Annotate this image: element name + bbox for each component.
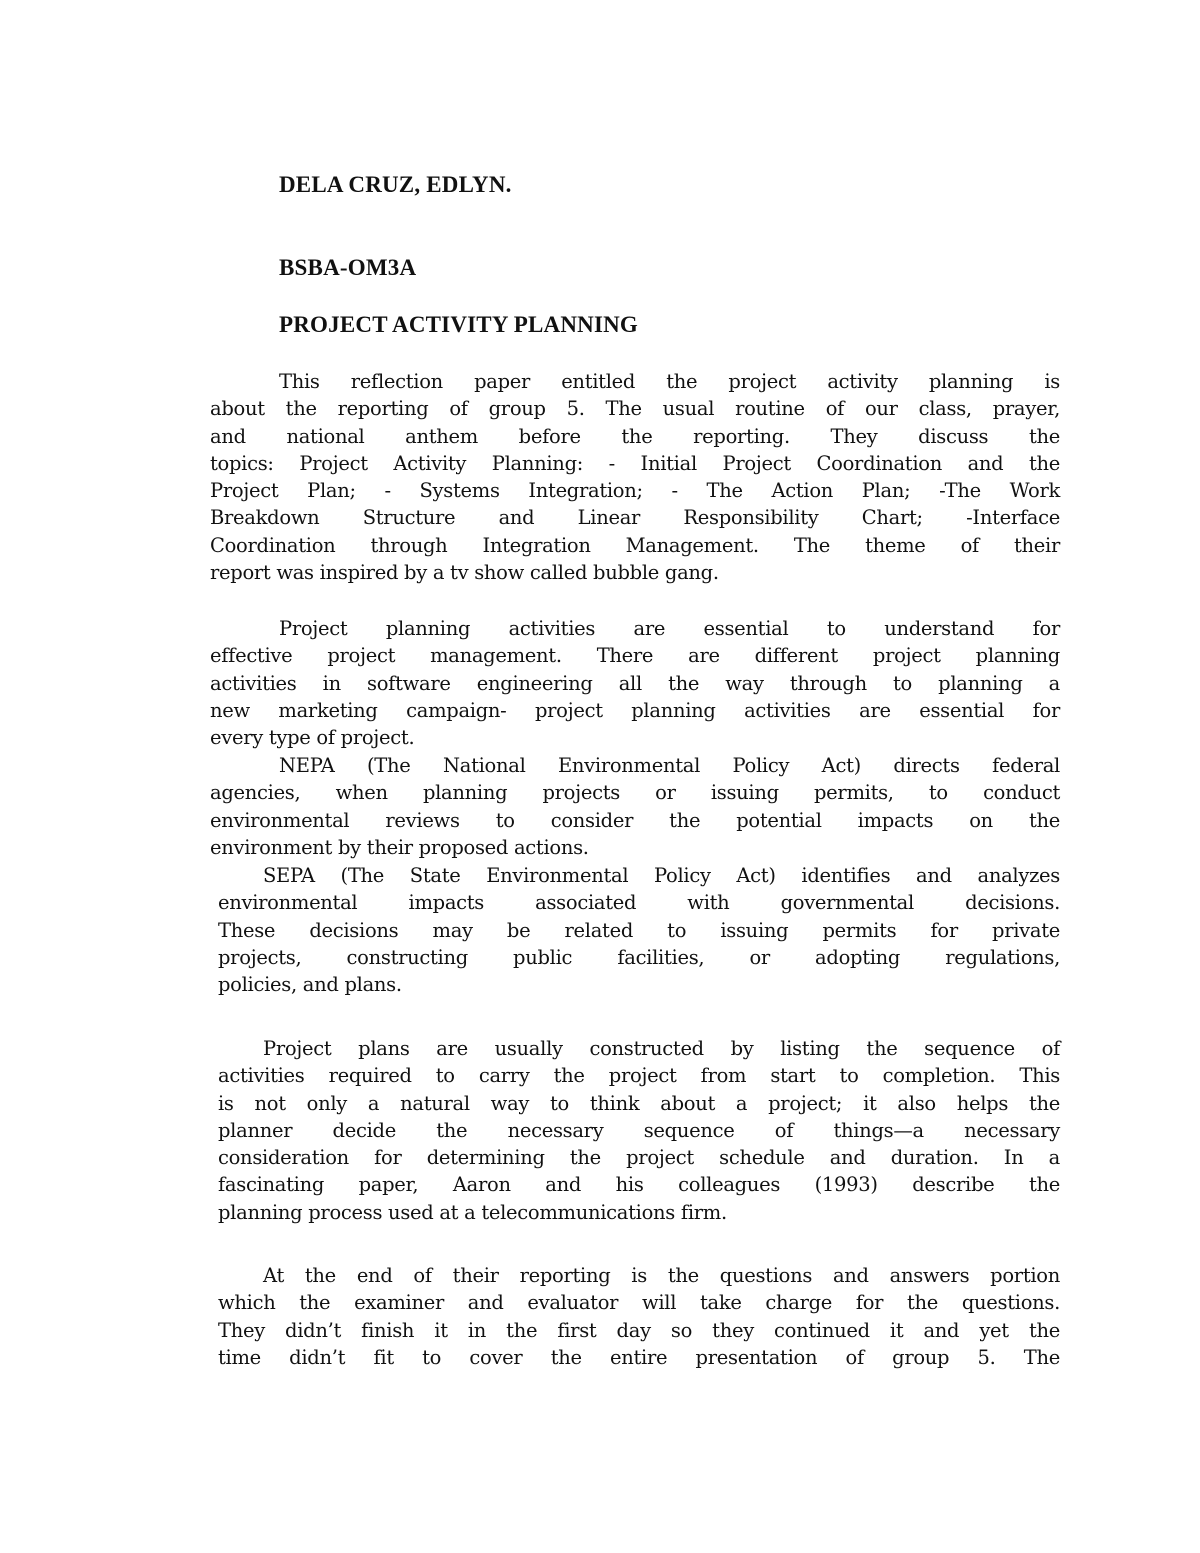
section-code: BSBA-OM3A [279, 255, 416, 281]
paragraph-line: SEPA (The State Environmental Policy Act… [218, 862, 1060, 889]
paragraph-line: activities in software engineering all t… [210, 670, 1060, 697]
paragraph-line: At the end of their reporting is the que… [218, 1262, 1060, 1289]
paragraph-q-and-a: At the end of their reporting is the que… [218, 1262, 1060, 1371]
paragraph-line: and national anthem before the reporting… [210, 423, 1060, 450]
document-title: PROJECT ACTIVITY PLANNING [279, 312, 638, 338]
paragraph-intro: This reflection paper entitled the proje… [210, 368, 1060, 586]
paragraph-line: Project Plan; - Systems Integration; - T… [210, 477, 1060, 504]
paragraph-line: is not only a natural way to think about… [218, 1090, 1060, 1117]
paragraph-line: This reflection paper entitled the proje… [210, 368, 1060, 395]
author-name: DELA CRUZ, EDLYN. [279, 172, 512, 198]
paragraph-line: Coordination through Integration Managem… [210, 532, 1060, 559]
paragraph-line: environment by their proposed actions. [210, 834, 1060, 861]
paragraph-line: planner decide the necessary sequence of… [218, 1117, 1060, 1144]
paragraph-project-plans: Project plans are usually constructed by… [218, 1035, 1060, 1226]
paragraph-line: environmental impacts associated with go… [218, 889, 1060, 916]
paragraph-planning-activities: Project planning activities are essentia… [210, 615, 1060, 751]
paragraph-line: NEPA (The National Environmental Policy … [210, 752, 1060, 779]
paragraph-line: policies, and plans. [218, 971, 1060, 998]
paragraph-line: agencies, when planning projects or issu… [210, 779, 1060, 806]
paragraph-nepa: NEPA (The National Environmental Policy … [210, 752, 1060, 861]
paragraph-line: about the reporting of group 5. The usua… [210, 395, 1060, 422]
paragraph-line: They didn’t finish it in the first day s… [218, 1317, 1060, 1344]
paragraph-line: topics: Project Activity Planning: - Ini… [210, 450, 1060, 477]
paragraph-sepa: SEPA (The State Environmental Policy Act… [218, 862, 1060, 998]
paragraph-line: consideration for determining the projec… [218, 1144, 1060, 1171]
paragraph-line: projects, constructing public facilities… [218, 944, 1060, 971]
paragraph-line: environmental reviews to consider the po… [210, 807, 1060, 834]
paragraph-line: report was inspired by a tv show called … [210, 559, 1060, 586]
paragraph-line: which the examiner and evaluator will ta… [218, 1289, 1060, 1316]
paragraph-line: new marketing campaign- project planning… [210, 697, 1060, 724]
paragraph-line: activities required to carry the project… [218, 1062, 1060, 1089]
paragraph-line: Project planning activities are essentia… [210, 615, 1060, 642]
paragraph-line: every type of project. [210, 724, 1060, 751]
paragraph-line: Project plans are usually constructed by… [218, 1035, 1060, 1062]
paragraph-line: effective project management. There are … [210, 642, 1060, 669]
paragraph-line: These decisions may be related to issuin… [218, 917, 1060, 944]
paragraph-line: time didn’t fit to cover the entire pres… [218, 1344, 1060, 1371]
paragraph-line: fascinating paper, Aaron and his colleag… [218, 1171, 1060, 1198]
paragraph-line: Breakdown Structure and Linear Responsib… [210, 504, 1060, 531]
paragraph-line: planning process used at a telecommunica… [218, 1199, 1060, 1226]
document-page: DELA CRUZ, EDLYN. BSBA-OM3A PROJECT ACTI… [0, 0, 1200, 1553]
